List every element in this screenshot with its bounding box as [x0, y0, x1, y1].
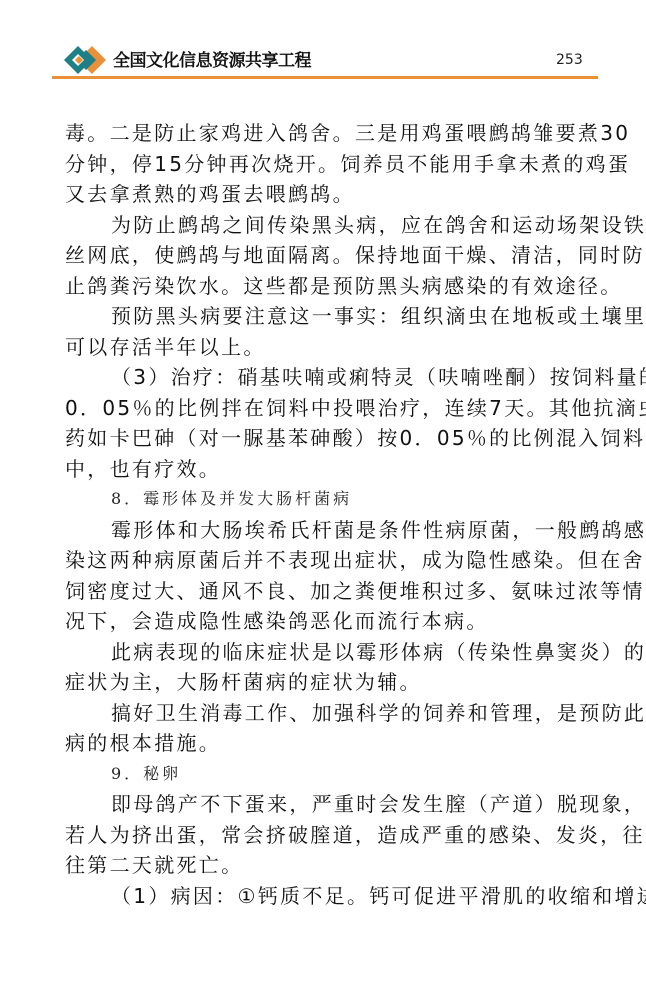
- text-line: 染这两种病原菌后并不表现出症状，成为隐性感染。但在舍: [65, 545, 585, 576]
- text-line: 病的根本措施。: [65, 728, 585, 759]
- text-line: 预防黑头病要注意这一事实：组织滴虫在地板或土壤里: [65, 301, 585, 332]
- text-line: 可以存活半年以上。: [65, 332, 585, 363]
- text-line: 中，也有疗效。: [65, 454, 585, 485]
- section-heading: 9．秘卵: [65, 759, 585, 790]
- text-line: （1）病因：①钙质不足。钙可促进平滑肌的收缩和增进: [65, 881, 585, 912]
- page-header: 全国文化信息资源共享工程 253: [0, 0, 646, 80]
- text-line: 毒。二是防止家鸡进入鸽舍。三是用鸡蛋喂鹧鸪雏要煮30: [65, 118, 585, 149]
- text-line: 况下，会造成隐性感染鸽恶化而流行本病。: [65, 606, 585, 637]
- text-line: 往第二天就死亡。: [65, 850, 585, 881]
- text-line: 症状为主，大肠杆菌病的症状为辅。: [65, 667, 585, 698]
- header-rule: [52, 76, 598, 79]
- text-line: 搞好卫生消毒工作、加强科学的饲养和管理，是预防此: [65, 698, 585, 729]
- text-line: 止鸽粪污染饮水。这些都是预防黑头病感染的有效途径。: [65, 271, 585, 302]
- text-line: （3）治疗：硝基呋喃或痢特灵（呋喃唑酮）按饲料量的: [65, 362, 585, 393]
- text-line: 即母鸽产不下蛋来，严重时会发生膣（产道）脱现象，: [65, 789, 585, 820]
- text-line: 霉形体和大肠埃希氏杆菌是条件性病原菌，一般鹧鸪感: [65, 515, 585, 546]
- text-line: 药如卡巴砷（对一脲基苯砷酸）按0．05％的比例混入饲料: [65, 423, 585, 454]
- text-line: 若人为挤出蛋，常会挤破膣道，造成严重的感染、发炎，往: [65, 820, 585, 851]
- text-line: 又去拿煮熟的鸡蛋去喂鹧鸪。: [65, 179, 585, 210]
- text-line: 为防止鹧鸪之间传染黑头病，应在鸽舍和运动场架设铁: [65, 210, 585, 241]
- section-heading: 8．霉形体及并发大肠杆菌病: [65, 484, 585, 515]
- header-title: 全国文化信息资源共享工程: [113, 46, 311, 71]
- page-number: 253: [556, 52, 583, 68]
- text-line: 丝网底，使鹧鸪与地面隔离。保持地面干燥、清洁，同时防: [65, 240, 585, 271]
- text-line: 饲密度过大、通风不良、加之粪便堆积过多、氨味过浓等情: [65, 576, 585, 607]
- diamond-logo-icon: [62, 44, 114, 76]
- text-line: 分钟，停15分钟再次烧开。饲养员不能用手拿未煮的鸡蛋: [65, 149, 585, 180]
- text-line: 此病表现的临床症状是以霉形体病（传染性鼻窦炎）的: [65, 637, 585, 668]
- text-line: 0．05％的比例拌在饲料中投喂治疗，连续7天。其他抗滴虫: [65, 393, 585, 424]
- body-text: 毒。二是防止家鸡进入鸽舍。三是用鸡蛋喂鹧鸪雏要煮30分钟，停15分钟再次烧开。饲…: [65, 118, 585, 911]
